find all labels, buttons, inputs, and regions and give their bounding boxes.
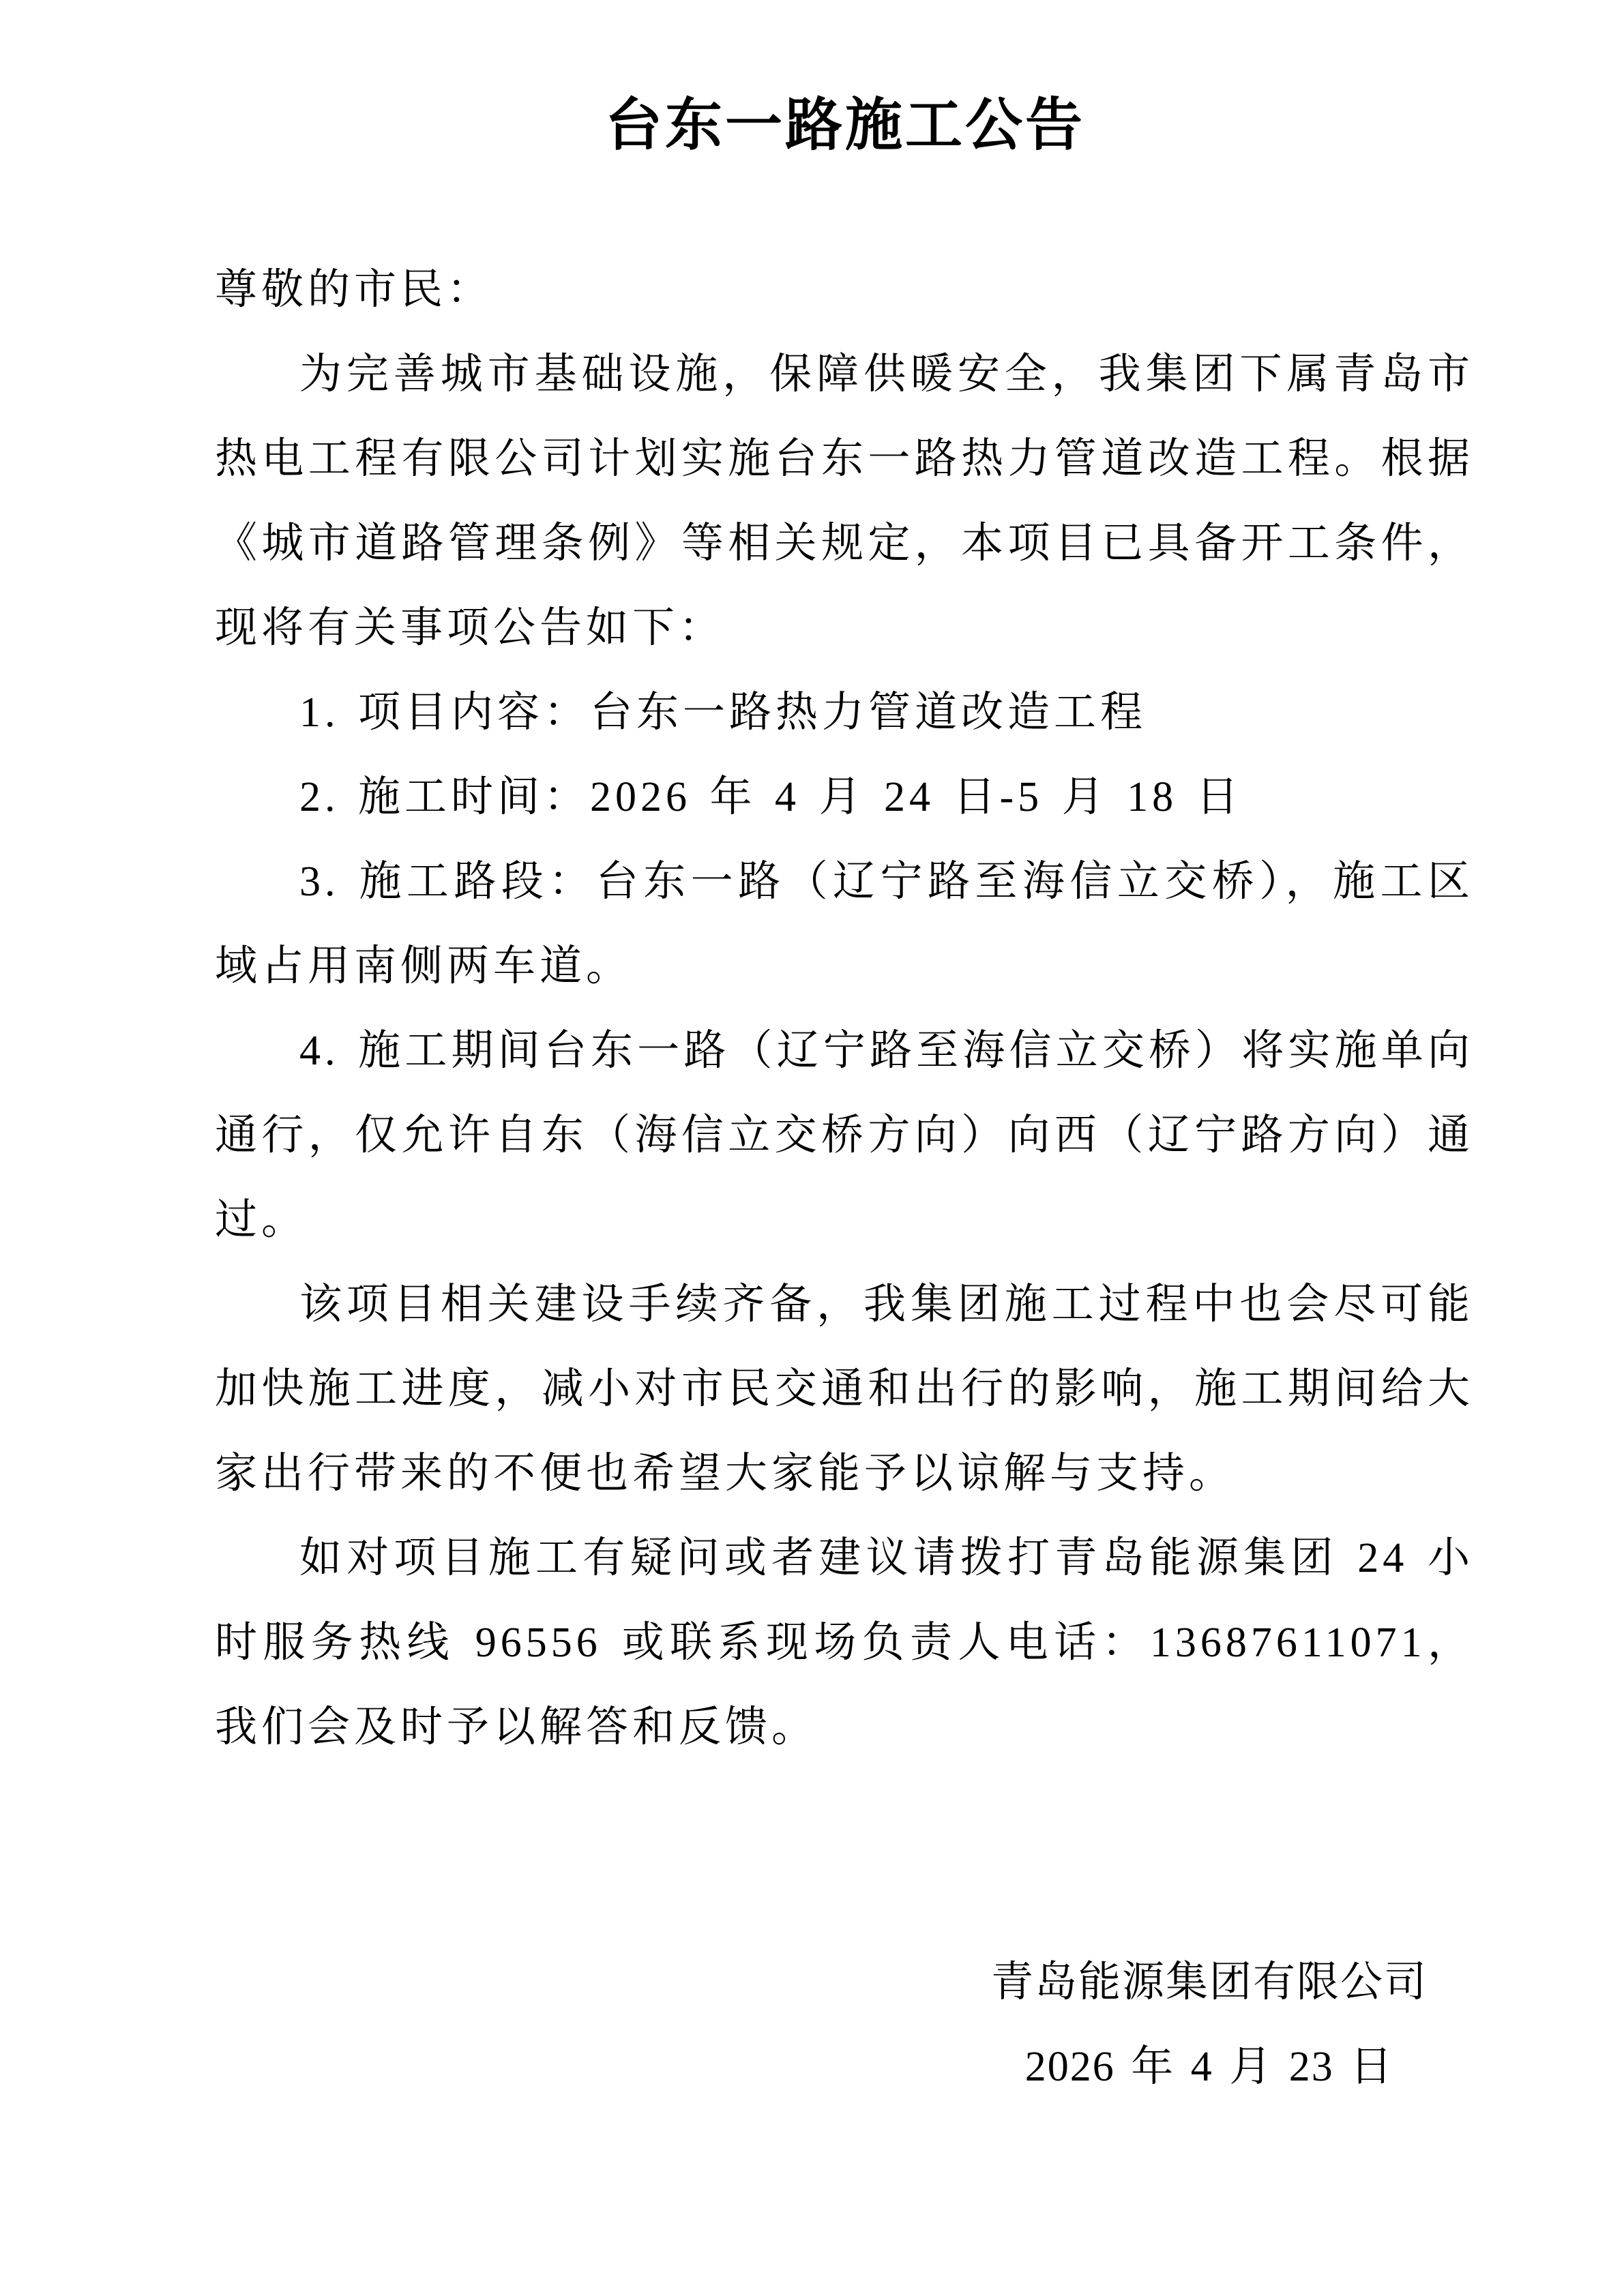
paragraph-commitment: 该项目相关建设手续齐备，我集团施工过程中也会尽可能加快施工进度，减小对市民交通和… <box>215 1262 1474 1516</box>
paragraph-contact: 如对项目施工有疑问或者建议请拨打青岛能源集团 24 小时服务热线 96556 或… <box>215 1516 1474 1770</box>
item-3-road-section: 3. 施工路段：台东一路（辽宁路至海信立交桥），施工区域占用南侧两车道。 <box>215 839 1474 1009</box>
item-1-project-content: 1. 项目内容：台东一路热力管道改造工程 <box>215 670 1474 755</box>
item-4-traffic-arrangement: 4. 施工期间台东一路（辽宁路至海信立交桥）将实施单向通行，仅允许自东（海信立交… <box>215 1009 1474 1262</box>
signature-block: 青岛能源集团有限公司 2026 年 4 月 23 日 <box>215 1940 1475 2109</box>
notice-page: 台东一路施工公告 尊敬的市民： 为完善城市基础设施，保障供暖安全，我集团下属青岛… <box>0 0 1624 2296</box>
salutation: 尊敬的市民： <box>215 248 1474 332</box>
notice-body: 尊敬的市民： 为完善城市基础设施，保障供暖安全，我集团下属青岛市热电工程有限公司… <box>215 248 1474 1770</box>
signature-date: 2026 年 4 月 23 日 <box>991 2025 1428 2109</box>
item-2-construction-time: 2. 施工时间：2026 年 4 月 24 日-5 月 18 日 <box>215 755 1474 839</box>
page-title: 台东一路施工公告 <box>215 92 1475 160</box>
signature-company: 青岛能源集团有限公司 <box>991 1940 1428 2025</box>
paragraph-intro: 为完善城市基础设施，保障供暖安全，我集团下属青岛市热电工程有限公司计划实施台东一… <box>215 332 1474 670</box>
signature-inner: 青岛能源集团有限公司 2026 年 4 月 23 日 <box>991 1940 1428 2109</box>
